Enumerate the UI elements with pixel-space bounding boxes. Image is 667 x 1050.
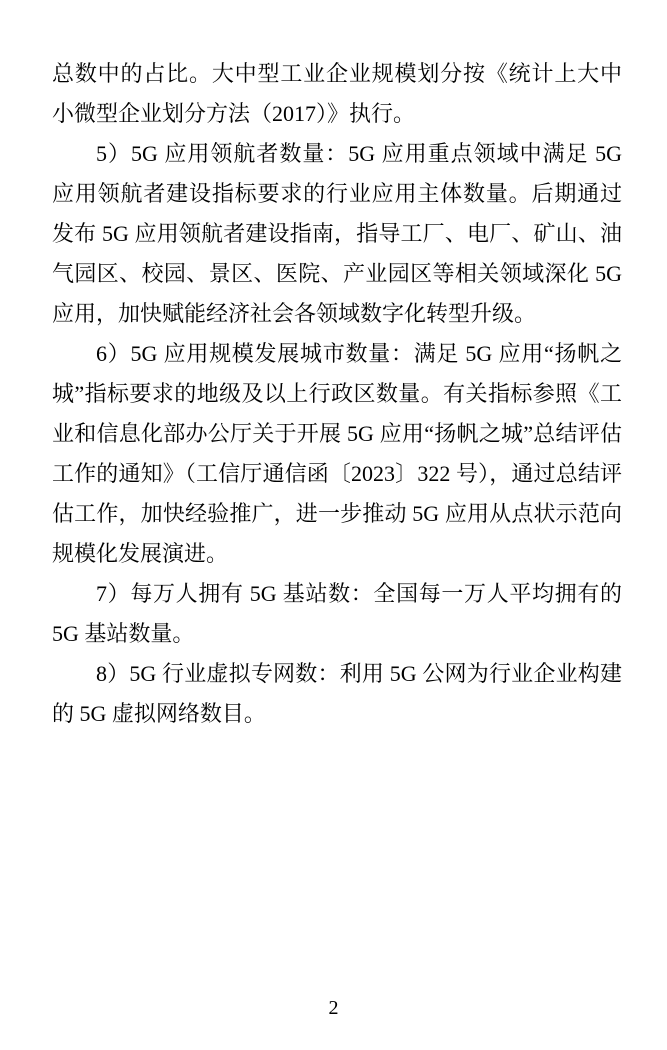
page-footer: 2 [0, 996, 667, 1020]
paragraph-continuation: 总数中的占比。大中型工业企业规模划分按《统计上大中小微型企业划分方法（2017）… [52, 54, 622, 134]
paragraph-item-7: 7）每万人拥有 5G 基站数：全国每一万人平均拥有的 5G 基站数量。 [52, 574, 622, 654]
paragraph-item-5: 5）5G 应用领航者数量：5G 应用重点领域中满足 5G 应用领航者建设指标要求… [52, 134, 622, 334]
paragraph-item-8: 8）5G 行业虚拟专网数：利用 5G 公网为行业企业构建的 5G 虚拟网络数目。 [52, 654, 622, 734]
paragraph-item-6: 6）5G 应用规模发展城市数量：满足 5G 应用“扬帆之城”指标要求的地级及以上… [52, 334, 622, 574]
document-page: 总数中的占比。大中型工业企业规模划分按《统计上大中小微型企业划分方法（2017）… [0, 0, 667, 1050]
page-number: 2 [329, 997, 339, 1019]
page-body: 总数中的占比。大中型工业企业规模划分按《统计上大中小微型企业划分方法（2017）… [52, 54, 622, 734]
